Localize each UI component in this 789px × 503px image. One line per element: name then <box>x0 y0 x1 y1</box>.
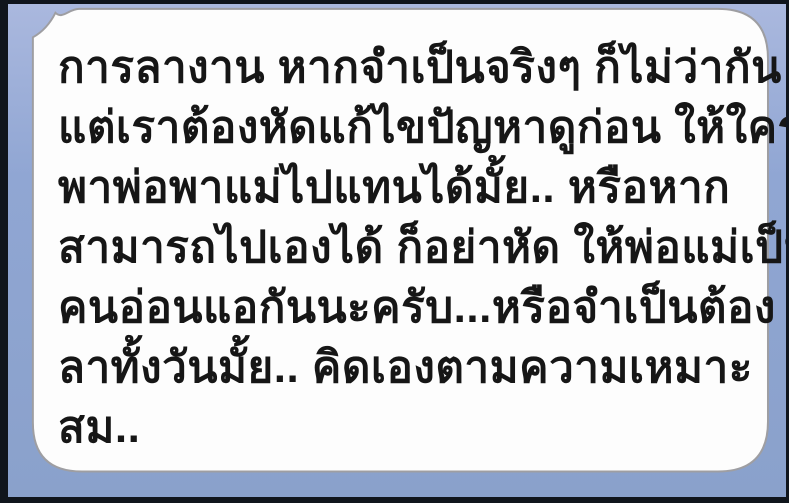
chat-screen: การลางาน หากจำเป็นจริงๆ ก็ไม่ว่ากัน แต่เ… <box>0 0 789 503</box>
message-line-3: พาพ่อพาแม่ไปแทนได้มั้ย.. หรือหาก <box>58 158 773 218</box>
message-line-1: การลางาน หากจำเป็นจริงๆ ก็ไม่ว่ากัน <box>58 38 773 98</box>
message-line-7: สม.. <box>58 398 773 458</box>
message-line-4: สามารถไปเองได้ ก็อย่าหัด ให้พ่อแม่เป็น <box>58 218 773 278</box>
message-text: การลางาน หากจำเป็นจริงๆ ก็ไม่ว่ากัน แต่เ… <box>58 38 773 458</box>
message-line-6: ลาทั้งวันมั้ย.. คิดเองตามความเหมาะ <box>58 338 773 398</box>
message-line-5: คนอ่อนแอกันนะครับ...หรือจำเป็นต้อง <box>58 278 773 338</box>
message-line-2: แต่เราต้องหัดแก้ไขปัญหาดูก่อน ให้ใคร <box>58 98 773 158</box>
